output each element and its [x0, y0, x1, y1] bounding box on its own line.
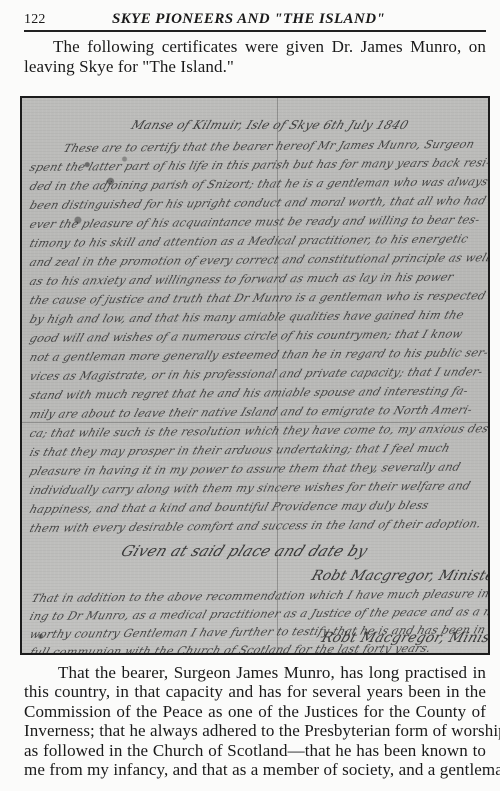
body-line: as followed in the Church of Scotland—th…: [24, 741, 486, 760]
manuscript-line: ded in the adjoining parish of Snizort; …: [28, 175, 490, 193]
manuscript-line: happiness, and that a kind and bountiful…: [28, 499, 431, 516]
manuscript-line: spent the latter part of his life in thi…: [28, 156, 490, 174]
body-line: Inverness; that he always adhered to the…: [24, 721, 486, 740]
manuscript-line: good will and wishes of a numerous circl…: [28, 327, 464, 345]
manuscript-line: stand with much regret that he and his a…: [28, 384, 470, 402]
manuscript-addendum-line: That in addition to the above recommenda…: [30, 587, 490, 605]
manuscript-line: vices as Magistrate, or in his professio…: [28, 365, 484, 383]
manuscript-line: not a gentleman more generally esteemed …: [28, 346, 490, 364]
body-paragraph: That the bearer, Surgeon James Munro, ha…: [24, 663, 486, 779]
manuscript-given-line: Given at said place and date by: [118, 542, 370, 560]
manuscript-certificate-image: Manse of Kilmuir, Isle of Skye 6th July …: [20, 96, 490, 655]
intro-paragraph: The following certificates were given Dr…: [24, 37, 486, 77]
manuscript-signature: Robt Macgregor, Minister: [309, 568, 490, 584]
running-title: SKYE PIONEERS AND "THE ISLAND": [112, 11, 385, 28]
manuscript-addendum-line: ing to Dr Munro, as a medical practition…: [28, 605, 490, 623]
header-rule: [24, 30, 486, 32]
manuscript-line: the cause of justice and truth that Dr M…: [28, 289, 488, 307]
running-head: 122 SKYE PIONEERS AND "THE ISLAND": [24, 11, 486, 29]
manuscript-line: ca; that while such is the resolution wh…: [28, 422, 490, 440]
manuscript-signature: Robt Macgregor, Minister: [319, 630, 490, 646]
manuscript-line: ever the pleasure of his acquaintance mu…: [28, 213, 482, 231]
body-line: this country, in that capacity and has f…: [24, 682, 486, 701]
manuscript-line: mily are about to leave their native Isl…: [28, 403, 474, 421]
manuscript-line: timony to his skill and attention as a M…: [28, 232, 470, 250]
body-line: me from my infancy, and that as a member…: [24, 760, 486, 779]
manuscript-line: pleasure in having it in my power to ass…: [28, 461, 462, 478]
page-number: 122: [24, 12, 46, 28]
manuscript-line: as to his anxiety and willingness to for…: [28, 271, 455, 288]
manuscript-line: been distinguished for his upright condu…: [28, 194, 488, 212]
manuscript-heading: Manse of Kilmuir, Isle of Skye 6th July …: [129, 118, 410, 132]
manuscript-line: is that they may prosper in their arduou…: [28, 442, 452, 459]
body-line: Commission of the Peace as one of the Ju…: [24, 702, 486, 721]
manuscript-line: and zeal in the promotion of every corre…: [28, 251, 490, 269]
manuscript-line: individually carry along with them my si…: [28, 479, 472, 497]
manuscript-line: These are to certify that the bearer her…: [62, 138, 476, 155]
manuscript-line: by high and low, and that his many amiab…: [28, 308, 466, 326]
body-line: That the bearer, Surgeon James Munro, ha…: [24, 663, 486, 682]
manuscript-line: them with every desirable comfort and su…: [28, 517, 483, 535]
